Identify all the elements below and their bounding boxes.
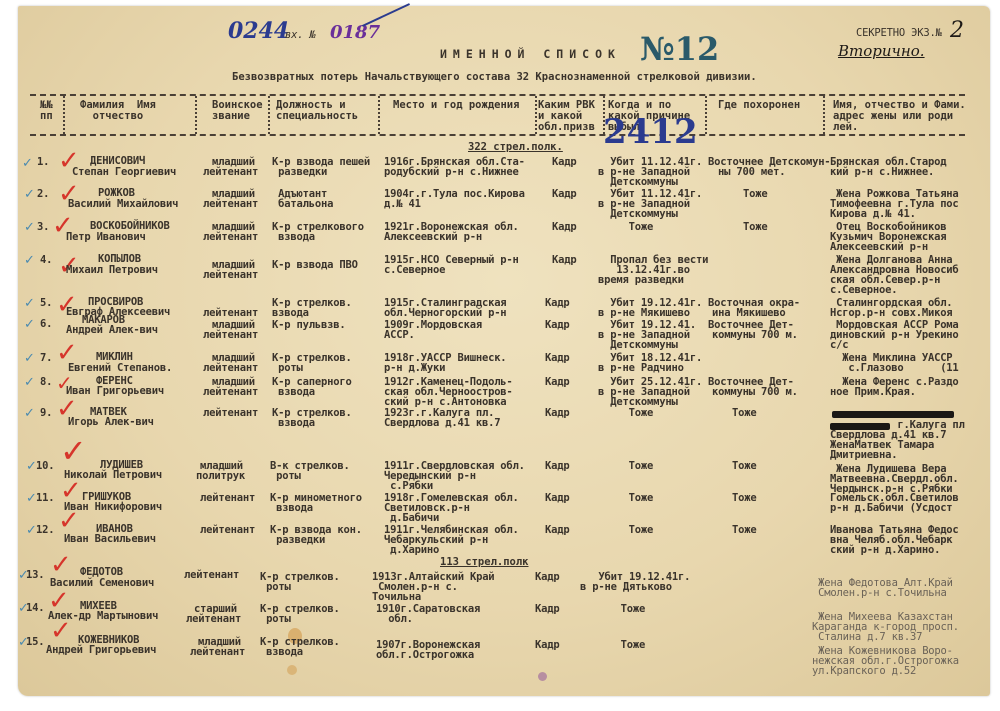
- fate: Детскоммуны: [598, 177, 678, 188]
- rvk: Кадр: [552, 255, 577, 266]
- birth-place: д.Бабичи: [384, 513, 439, 524]
- redaction-mark: [832, 411, 954, 418]
- check-icon: ✓: [24, 376, 35, 389]
- header-birth: Место и год рождения: [393, 100, 519, 111]
- rank: лейтенант: [184, 570, 239, 581]
- given-names: Иван Григорьевич: [66, 386, 164, 397]
- birth-place: Свердлова д.41 кв.7: [384, 418, 500, 429]
- stain: [538, 672, 547, 681]
- given-names: Михаил Петрович: [66, 265, 158, 276]
- rvk: Кадр: [545, 377, 570, 388]
- row-number: 5.: [40, 298, 52, 309]
- check-icon: ✓: [24, 407, 35, 420]
- burial-place: коммуны 700 м.: [712, 330, 798, 341]
- position: разведки: [270, 535, 325, 546]
- secondary-note: Вторично.: [838, 42, 925, 60]
- birth-place: д.Харино: [384, 545, 439, 556]
- row-number: 10.: [36, 461, 54, 472]
- check-icon: ✓: [24, 352, 35, 365]
- rank: лейтенант: [186, 614, 241, 625]
- rank: лейтенант: [200, 525, 255, 536]
- position: роты: [270, 471, 301, 482]
- document-subtitle: Безвозвратных потерь Начальствующего сос…: [232, 71, 757, 83]
- row-number: 11.: [36, 493, 54, 504]
- header-relatives: Имя, отчество и Фами.адрес жены или роди…: [833, 100, 966, 133]
- registration-number: 0187: [330, 22, 380, 43]
- check-icon: ✓: [24, 188, 35, 201]
- row-number: 9.: [40, 408, 52, 419]
- rank: лейтенант: [203, 270, 258, 281]
- relatives: с.Глазово (11: [830, 363, 959, 374]
- rvk: Кадр: [545, 353, 570, 364]
- fate: Тоже: [598, 493, 653, 504]
- row-number: 13.: [26, 570, 44, 581]
- rvk: Кадр: [552, 157, 577, 168]
- burial-place: Тоже: [732, 408, 757, 419]
- header-bottom-line: [30, 134, 965, 136]
- position: взвода: [270, 503, 313, 514]
- rvk: Кадр: [545, 461, 570, 472]
- relatives: р-н д.Бабичи (Усдост: [830, 503, 952, 514]
- rank: лейтенант: [190, 647, 245, 658]
- rvk: Кадр: [545, 298, 570, 309]
- header-rvk: Каким РВКи какойобл.призв: [538, 100, 595, 133]
- rank: лейтенант: [203, 232, 258, 243]
- col-divider: [195, 96, 197, 134]
- row-number: 2.: [37, 189, 49, 200]
- burial-place: Тоже: [732, 525, 757, 536]
- given-names: Евгений Степанов.: [68, 363, 172, 374]
- relatives: Нсгор.р-н совх.Микоя: [830, 308, 952, 319]
- row-number: 7.: [40, 353, 52, 364]
- rvk: Кадр: [535, 640, 560, 651]
- row-number: 8.: [40, 377, 52, 388]
- copy-number: 2: [950, 18, 964, 43]
- fate: в р-не Радчино: [598, 363, 684, 374]
- relatives: Сталина д.7 кв.37: [812, 632, 922, 643]
- header-name: Фамилия Имя отчество: [80, 100, 156, 122]
- fate: Тоже: [590, 640, 645, 651]
- red-check-icon: ✓: [50, 618, 72, 644]
- relatives: Алексеевский р-н: [830, 242, 928, 253]
- rank: лейтенант: [203, 408, 258, 419]
- burial-place: ина Мякишево: [712, 308, 785, 319]
- given-names: Петр Иванович: [66, 232, 146, 243]
- rank: лейтенант: [203, 167, 258, 178]
- burial-place: Тоже: [732, 493, 757, 504]
- rank: лейтенант: [203, 387, 258, 398]
- position: батальона: [272, 199, 333, 210]
- row-number: 12.: [36, 525, 54, 536]
- birth-place: обл.Черногорский р-н: [384, 308, 506, 319]
- burial-place: Тоже: [732, 461, 757, 472]
- birth-place: р-н д.Жуки: [384, 363, 445, 374]
- given-names: Андрей Григорьевич: [46, 645, 156, 656]
- birth-place: Точильна: [372, 592, 421, 603]
- section-113-regiment: 113 стрел.полк: [440, 556, 529, 568]
- fate: Детскоммуны: [598, 340, 678, 351]
- rank: лейтенант: [203, 199, 258, 210]
- birth-place: родубский р-н с.Нижнее: [384, 167, 519, 178]
- row-number: 15.: [26, 637, 44, 648]
- header-buried: Где похоронен: [718, 100, 800, 111]
- rank: лейтенант: [203, 330, 258, 341]
- red-check-icon: ✓: [60, 438, 87, 464]
- rvk: Кадр: [545, 525, 570, 536]
- registration-typed: вх. №: [285, 30, 316, 41]
- rank: лейтенант: [200, 493, 255, 504]
- list-number: №12: [640, 30, 719, 68]
- fate: Тоже: [598, 222, 653, 233]
- fate: в р-не Дятьково: [580, 582, 672, 593]
- rvk: Кадр: [535, 604, 560, 615]
- fate: Тоже: [590, 604, 645, 615]
- fate: Тоже: [598, 461, 653, 472]
- birth-place: Алексеевский р-н: [384, 232, 482, 243]
- relatives: с.Северное.: [830, 285, 897, 296]
- rvk: Кадр: [545, 320, 570, 331]
- rvk: Кадр: [535, 572, 560, 583]
- relatives: Кирова д.№ 41.: [830, 209, 916, 220]
- rvk: Кадр: [545, 493, 570, 504]
- position: К-р пульвзв.: [272, 320, 345, 331]
- stamp-handwritten: 2412: [603, 112, 698, 152]
- col-divider: [705, 96, 707, 134]
- row-number: 1.: [37, 157, 49, 168]
- rvk: Кадр: [545, 408, 570, 419]
- position: взвода: [272, 232, 315, 243]
- birth-place: с.Рябки: [384, 481, 433, 492]
- col-divider: [378, 96, 380, 134]
- rvk: Кадр: [552, 222, 577, 233]
- birth-place: обл.: [376, 614, 413, 625]
- birth-place: с.Северное: [384, 265, 445, 276]
- rvk: Кадр: [552, 189, 577, 200]
- burial-place: коммуны 700 м.: [712, 387, 798, 398]
- check-icon: ✓: [24, 297, 35, 310]
- header-num: №№пп: [40, 100, 53, 122]
- burial-place: ны 700 мет.: [718, 167, 785, 178]
- registration-handwritten: 0244: [228, 18, 289, 44]
- relatives: Дмитриевна.: [830, 450, 897, 461]
- given-names: Игорь Алек-вич: [68, 417, 154, 428]
- position: взвода: [272, 418, 315, 429]
- col-divider: [823, 96, 825, 134]
- col-divider: [268, 96, 270, 134]
- relatives: кий р-н с.Нижнее.: [830, 167, 934, 178]
- stain: [287, 665, 297, 675]
- relatives: с/с: [830, 340, 848, 351]
- position: роты: [260, 582, 291, 593]
- document-title: ИМЕННОЙ СПИСОК: [440, 47, 621, 61]
- col-divider: [63, 96, 65, 134]
- given-names: Василий Михайлович: [68, 199, 178, 210]
- burial-place: Тоже: [743, 222, 768, 233]
- birth-place: обл.г.Острогожка: [376, 650, 474, 661]
- header-position: Должность испециальность: [276, 100, 358, 122]
- relatives: ский р-н д.Харино.: [830, 545, 940, 556]
- check-icon: ✓: [22, 157, 33, 170]
- given-names: Андрей Алек-вич: [66, 325, 158, 336]
- position: К-р взвода ПВО: [272, 260, 358, 271]
- secret-label: СЕКРЕТНО ЭКЗ.№: [856, 28, 942, 39]
- relatives: ул.Крапского д.52: [812, 666, 916, 677]
- row-number: 3.: [37, 222, 49, 233]
- position: взвода: [272, 387, 315, 398]
- position: взвода: [260, 647, 303, 658]
- fate: Тоже: [598, 408, 653, 419]
- birth-place: АССР.: [384, 330, 415, 341]
- fate: в р-не Мякишево: [598, 308, 690, 319]
- fate: время разведки: [598, 275, 684, 286]
- fate: Тоже: [598, 525, 653, 536]
- fate: Детскоммуны: [598, 209, 678, 220]
- check-icon: ✓: [24, 254, 35, 267]
- relatives: ное Прим.Края.: [830, 387, 916, 398]
- burial-place: Тоже: [743, 189, 768, 200]
- red-check-icon: ✓: [58, 508, 80, 534]
- check-icon: ✓: [24, 221, 35, 234]
- row-number: 6.: [40, 319, 52, 330]
- header-rank: Воинскоезвание: [212, 100, 263, 122]
- row-number: 14.: [26, 603, 44, 614]
- given-names: Степан Георгиевич: [72, 167, 176, 178]
- rank: политрук: [196, 471, 245, 482]
- given-names: Иван Васильевич: [64, 534, 156, 545]
- rank: лейтенант: [203, 363, 258, 374]
- relatives: Смолен.р-н с.Точильна: [812, 588, 947, 599]
- position: взвода: [272, 308, 309, 319]
- birth-place: д.№ 41: [384, 199, 421, 210]
- relatives: диновский р-н Урекино: [830, 330, 959, 341]
- section-322-regiment: 322 стрел.полк.: [468, 141, 563, 153]
- col-divider: [535, 96, 537, 134]
- position: роты: [260, 614, 291, 625]
- rank: лейтенант: [203, 308, 258, 319]
- position: роты: [272, 363, 303, 374]
- position: разведки: [272, 167, 327, 178]
- check-icon: ✓: [24, 318, 35, 331]
- red-check-icon: ✓: [50, 552, 72, 578]
- row-number: 4.: [40, 255, 52, 266]
